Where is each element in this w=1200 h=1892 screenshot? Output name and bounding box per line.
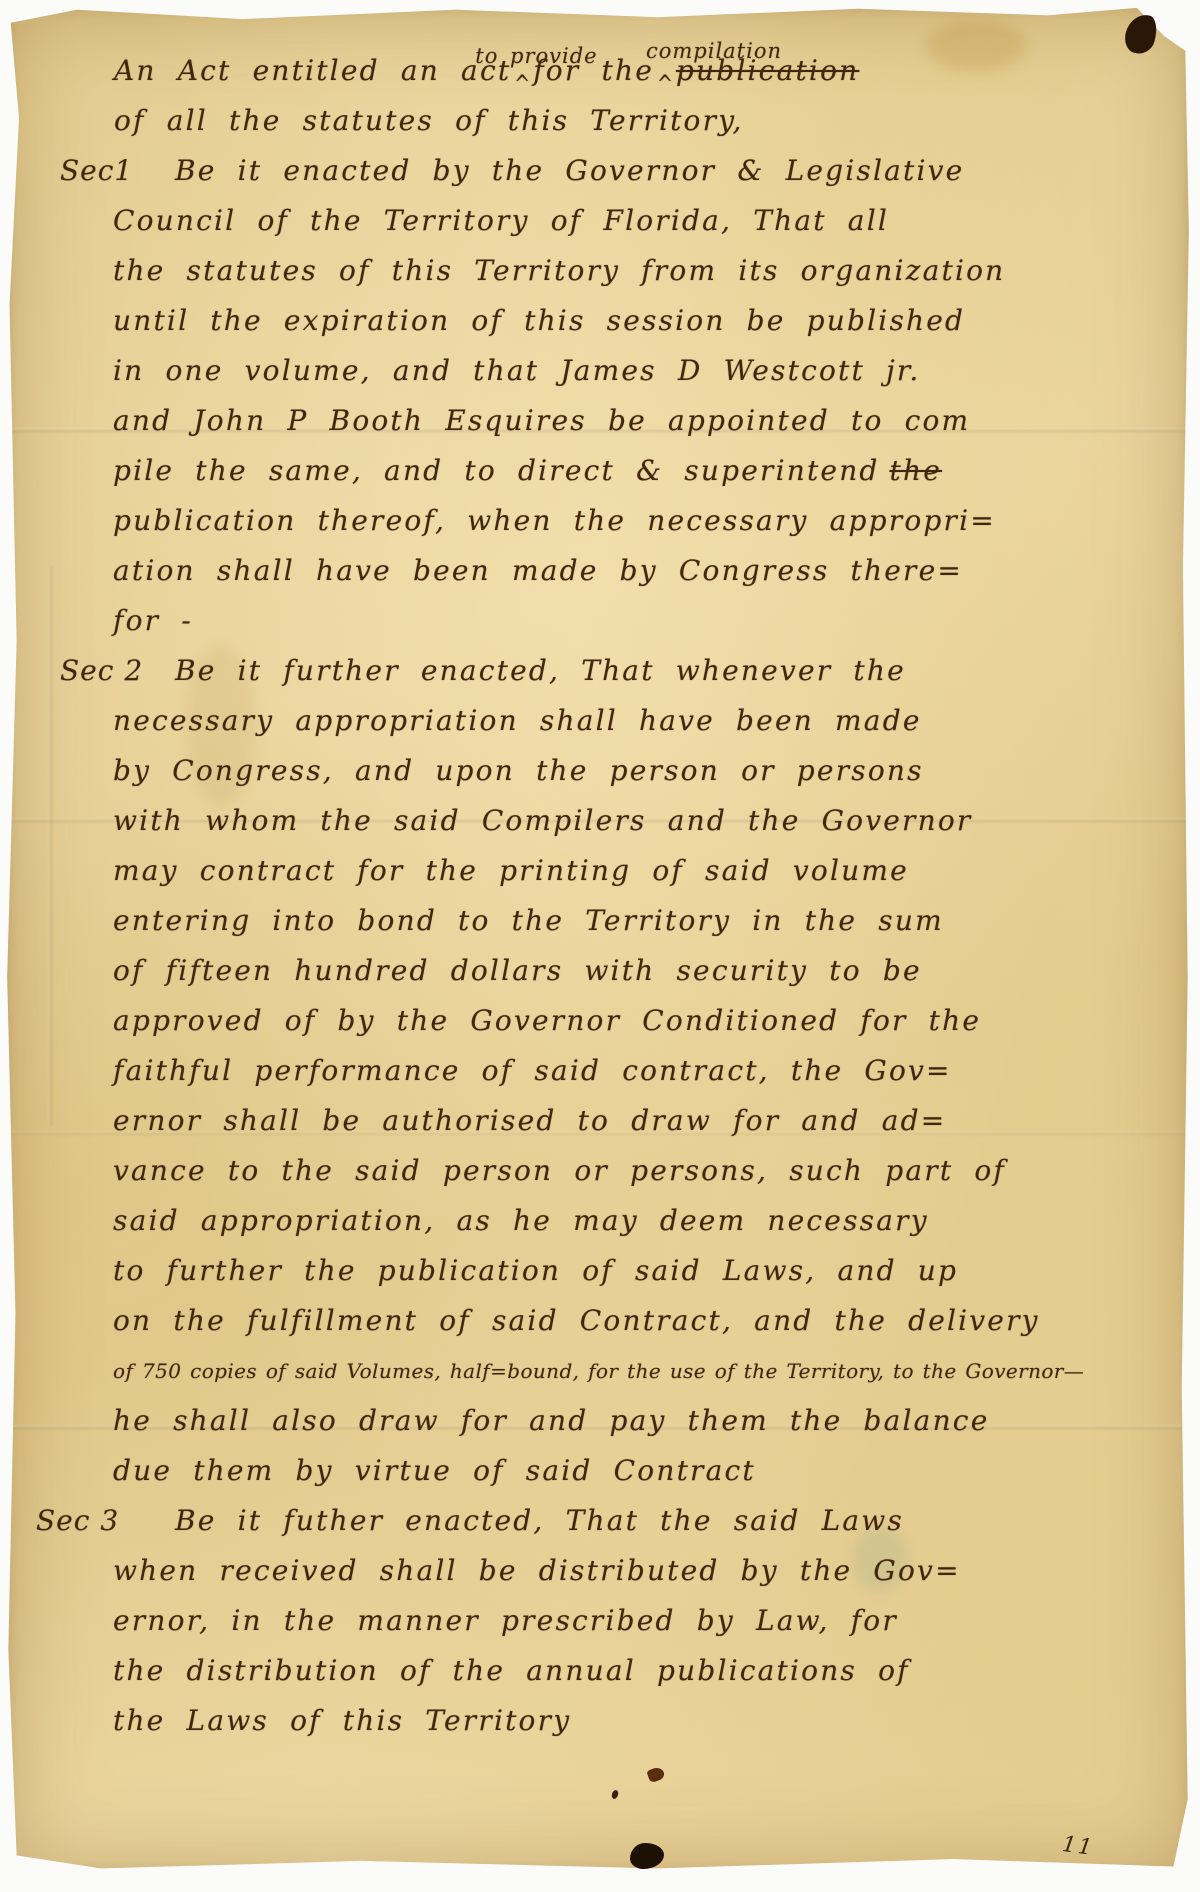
manuscript-line: by Congress, and upon the person or pers… <box>58 746 988 796</box>
manuscript-text: An Act entitled an actto provide^for the… <box>58 46 988 1746</box>
manuscript-line: until the expiration of this session be … <box>58 296 988 346</box>
manuscript-line: Be it further enacted, That whenever the <box>58 646 988 696</box>
manuscript-line: faithful performance of said contract, t… <box>58 1046 988 1096</box>
page-number: 11 <box>1060 1832 1095 1861</box>
manuscript-line: the Laws of this Territory <box>58 1696 988 1746</box>
line-text: pile the same, and to direct & superinte… <box>113 454 880 487</box>
struck-word-the: the <box>890 454 942 487</box>
manuscript-line: of fifteen hundred dollars with security… <box>58 946 988 996</box>
manuscript-line: Council of the Territory of Florida, Tha… <box>58 196 988 246</box>
manuscript-line: may contract for the printing of said vo… <box>58 846 988 896</box>
fold-crease-vertical <box>48 566 52 1126</box>
manuscript-line: and John P Booth Esquires be appointed t… <box>58 396 988 446</box>
interlineation-to-provide: to provide <box>475 46 597 67</box>
manuscript-line: Be it futher enacted, That the said Laws <box>58 1496 988 1546</box>
section-2: Sec 2 Be it further enacted, That whenev… <box>58 646 988 1496</box>
manuscript-line: due them by virtue of said Contract <box>58 1446 988 1496</box>
section-1: Sec1 Be it enacted by the Governor & Leg… <box>58 146 988 646</box>
manuscript-line-cramped: of 750 copies of said Volumes, half=boun… <box>58 1346 988 1396</box>
manuscript-line: on the fulfillment of said Contract, and… <box>58 1296 988 1346</box>
title-line-1: An Act entitled an actto provide^for the… <box>58 46 988 96</box>
manuscript-line: ernor, in the manner prescribed by Law, … <box>58 1596 988 1646</box>
manuscript-line: necessary appropriation shall have been … <box>58 696 988 746</box>
manuscript-line: publication thereof, when the necessary … <box>58 496 988 546</box>
manuscript-line: with whom the said Compilers and the Gov… <box>58 796 988 846</box>
insertion-point-1: to provide^ <box>511 46 533 99</box>
act-title: An Act entitled an actto provide^for the… <box>58 46 988 146</box>
manuscript-line: for - <box>58 596 988 646</box>
manuscript-line: Be it enacted by the Governor & Legislat… <box>58 146 988 196</box>
title-text: An Act entitled an act <box>114 54 511 87</box>
manuscript-line: vance to the said person or persons, suc… <box>58 1146 988 1196</box>
manuscript-line: said appropriation, as he may deem neces… <box>58 1196 988 1246</box>
insertion-point-2: compilation^ <box>654 46 676 99</box>
manuscript-line: he shall also draw for and pay them the … <box>58 1396 988 1446</box>
manuscript-line: in one volume, and that James D Westcott… <box>58 346 988 396</box>
manuscript-line: ernor shall be authorised to draw for an… <box>58 1096 988 1146</box>
manuscript-line: to further the publication of said Laws,… <box>58 1246 988 1296</box>
manuscript-line: pile the same, and to direct & superinte… <box>58 446 988 496</box>
title-line-2: of all the statutes of this Territory, <box>58 96 988 146</box>
section-3: Sec 3 Be it futher enacted, That the sai… <box>58 1496 988 1746</box>
manuscript-line: approved of by the Governor Conditioned … <box>58 996 988 1046</box>
manuscript-line: the distribution of the annual publicati… <box>58 1646 988 1696</box>
manuscript-line: entering into bond to the Territory in t… <box>58 896 988 946</box>
manuscript-line: ation shall have been made by Congress t… <box>58 546 988 596</box>
manuscript-line: when received shall be distributed by th… <box>58 1546 988 1596</box>
manuscript-line: the statutes of this Territory from its … <box>58 246 988 296</box>
